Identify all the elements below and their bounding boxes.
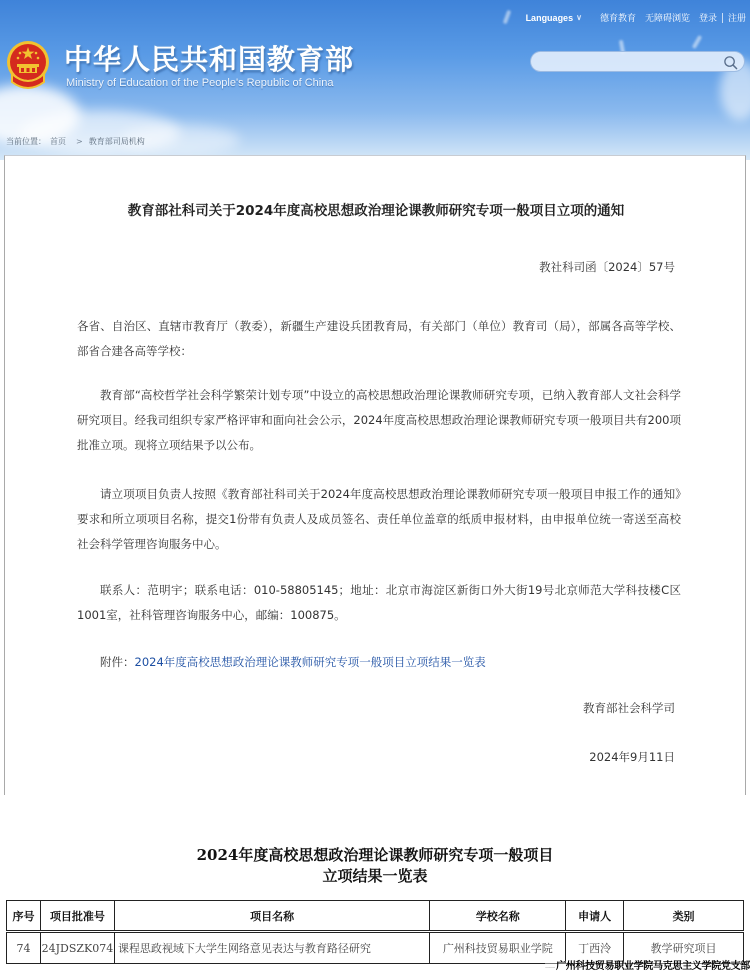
breadcrumb-home[interactable]: 首页 [50, 136, 66, 147]
watermark-caption: ··········广州科技贸易职业学院马克思主义学院党支部 [545, 961, 750, 974]
body-paragraph-2: 请立项项目负责人按照《教育部社科司关于2024年度高校思想政治理论课教师研究专项… [77, 482, 681, 557]
search-input[interactable] [541, 54, 711, 70]
breadcrumb-department[interactable]: 教育部司局机构 [89, 136, 145, 147]
contact-paragraph: 联系人：范明宇；联系电话：010-58805145；地址：北京市海淀区新街口外大… [77, 578, 681, 628]
results-table: 序号 项目批准号 项目名称 学校名称 申请人 类别 74 24JDSZK074 … [6, 900, 744, 964]
column-header-approval-number: 项目批准号 [40, 901, 114, 932]
attachment-table-title: 2024年度高校思想政治理论课教师研究专项一般项目 立项结果一览表 [0, 845, 750, 887]
cell-category: 教学研究项目 [624, 932, 744, 964]
national-emblem-icon [6, 40, 50, 92]
attachment-label: 附件： [100, 655, 135, 669]
link-accessibility[interactable]: 无障碍浏览 [645, 11, 690, 24]
link-divider [722, 13, 723, 23]
cell-approval-number: 24JDSZK074 [40, 932, 114, 964]
article-title: 教育部社科司关于2024年度高校思想政治理论课教师研究专项一般项目立项的通知 [5, 199, 747, 219]
issue-date: 2024年9月11日 [589, 749, 675, 765]
login-link[interactable]: 登录 [699, 11, 717, 24]
search-icon[interactable] [723, 55, 738, 70]
salutation-paragraph: 各省、自治区、直辖市教育厅（教委），新疆生产建设兵团教育局，有关部门（单位）教育… [77, 314, 681, 364]
breadcrumb-label: 当前位置： [6, 136, 46, 147]
site-title[interactable]: 中华人民共和国教育部 [64, 38, 354, 78]
cell-applicant: 丁西泠 [566, 932, 624, 964]
link-moral-education[interactable]: 德育教育 [600, 11, 636, 24]
attachment-paragraph: 附件：2024年度高校思想政治理论课教师研究专项一般项目立项结果一览表 [77, 650, 681, 675]
column-header-project-name: 项目名称 [114, 901, 429, 932]
cell-school: 广州科技贸易职业学院 [430, 932, 566, 964]
table-title-line-1: 2024年度高校思想政治理论课教师研究专项一般项目 [0, 845, 750, 866]
issuer-signature: 教育部社会科学司 [583, 700, 675, 716]
document-number: 教社科司函〔2024〕57号 [539, 259, 675, 275]
register-link[interactable]: 注册 [728, 11, 746, 24]
breadcrumb: 当前位置： 首页 > 教育部司局机构 [6, 136, 149, 147]
column-header-applicant: 申请人 [566, 901, 624, 932]
column-header-school: 学校名称 [430, 901, 566, 932]
cell-project-name: 课程思政视域下大学生网络意见表达与教育路径研究 [114, 932, 429, 964]
languages-label: Languages [526, 13, 574, 23]
article-container: 教育部社科司关于2024年度高校思想政治理论课教师研究专项一般项目立项的通知 教… [4, 155, 746, 795]
attachment-link[interactable]: 2024年度高校思想政治理论课教师研究专项一般项目立项结果一览表 [135, 655, 486, 669]
chevron-down-icon: ∨ [576, 13, 582, 22]
watermark-text: 广州科技贸易职业学院马克思主义学院党支部 [556, 961, 750, 972]
breadcrumb-separator: > [76, 137, 83, 146]
header-banner: 中华人民共和国教育部 Ministry of Education of the … [0, 0, 750, 160]
top-links-bar: Languages ∨ 德育教育 无障碍浏览 登录 注册 [526, 11, 746, 24]
column-header-category: 类别 [624, 901, 744, 932]
cell-index: 74 [7, 932, 41, 964]
table-title-line-2: 立项结果一览表 [0, 866, 750, 887]
table-row: 74 24JDSZK074 课程思政视域下大学生网络意见表达与教育路径研究 广州… [7, 932, 744, 964]
seed-decoration [503, 10, 512, 25]
watermark-fine-print: ·········· [545, 965, 555, 970]
languages-dropdown[interactable]: Languages ∨ [526, 13, 582, 23]
seed-decoration [692, 35, 702, 49]
body-paragraph-1: 教育部“高校哲学社会科学繁荣计划专项”中设立的高校思想政治理论课教师研究专项，已… [77, 383, 681, 458]
table-header-row: 序号 项目批准号 项目名称 学校名称 申请人 类别 [7, 901, 744, 932]
site-subtitle-english: Ministry of Education of the People's Re… [66, 77, 333, 89]
search-box [530, 51, 745, 72]
column-header-index: 序号 [7, 901, 41, 932]
